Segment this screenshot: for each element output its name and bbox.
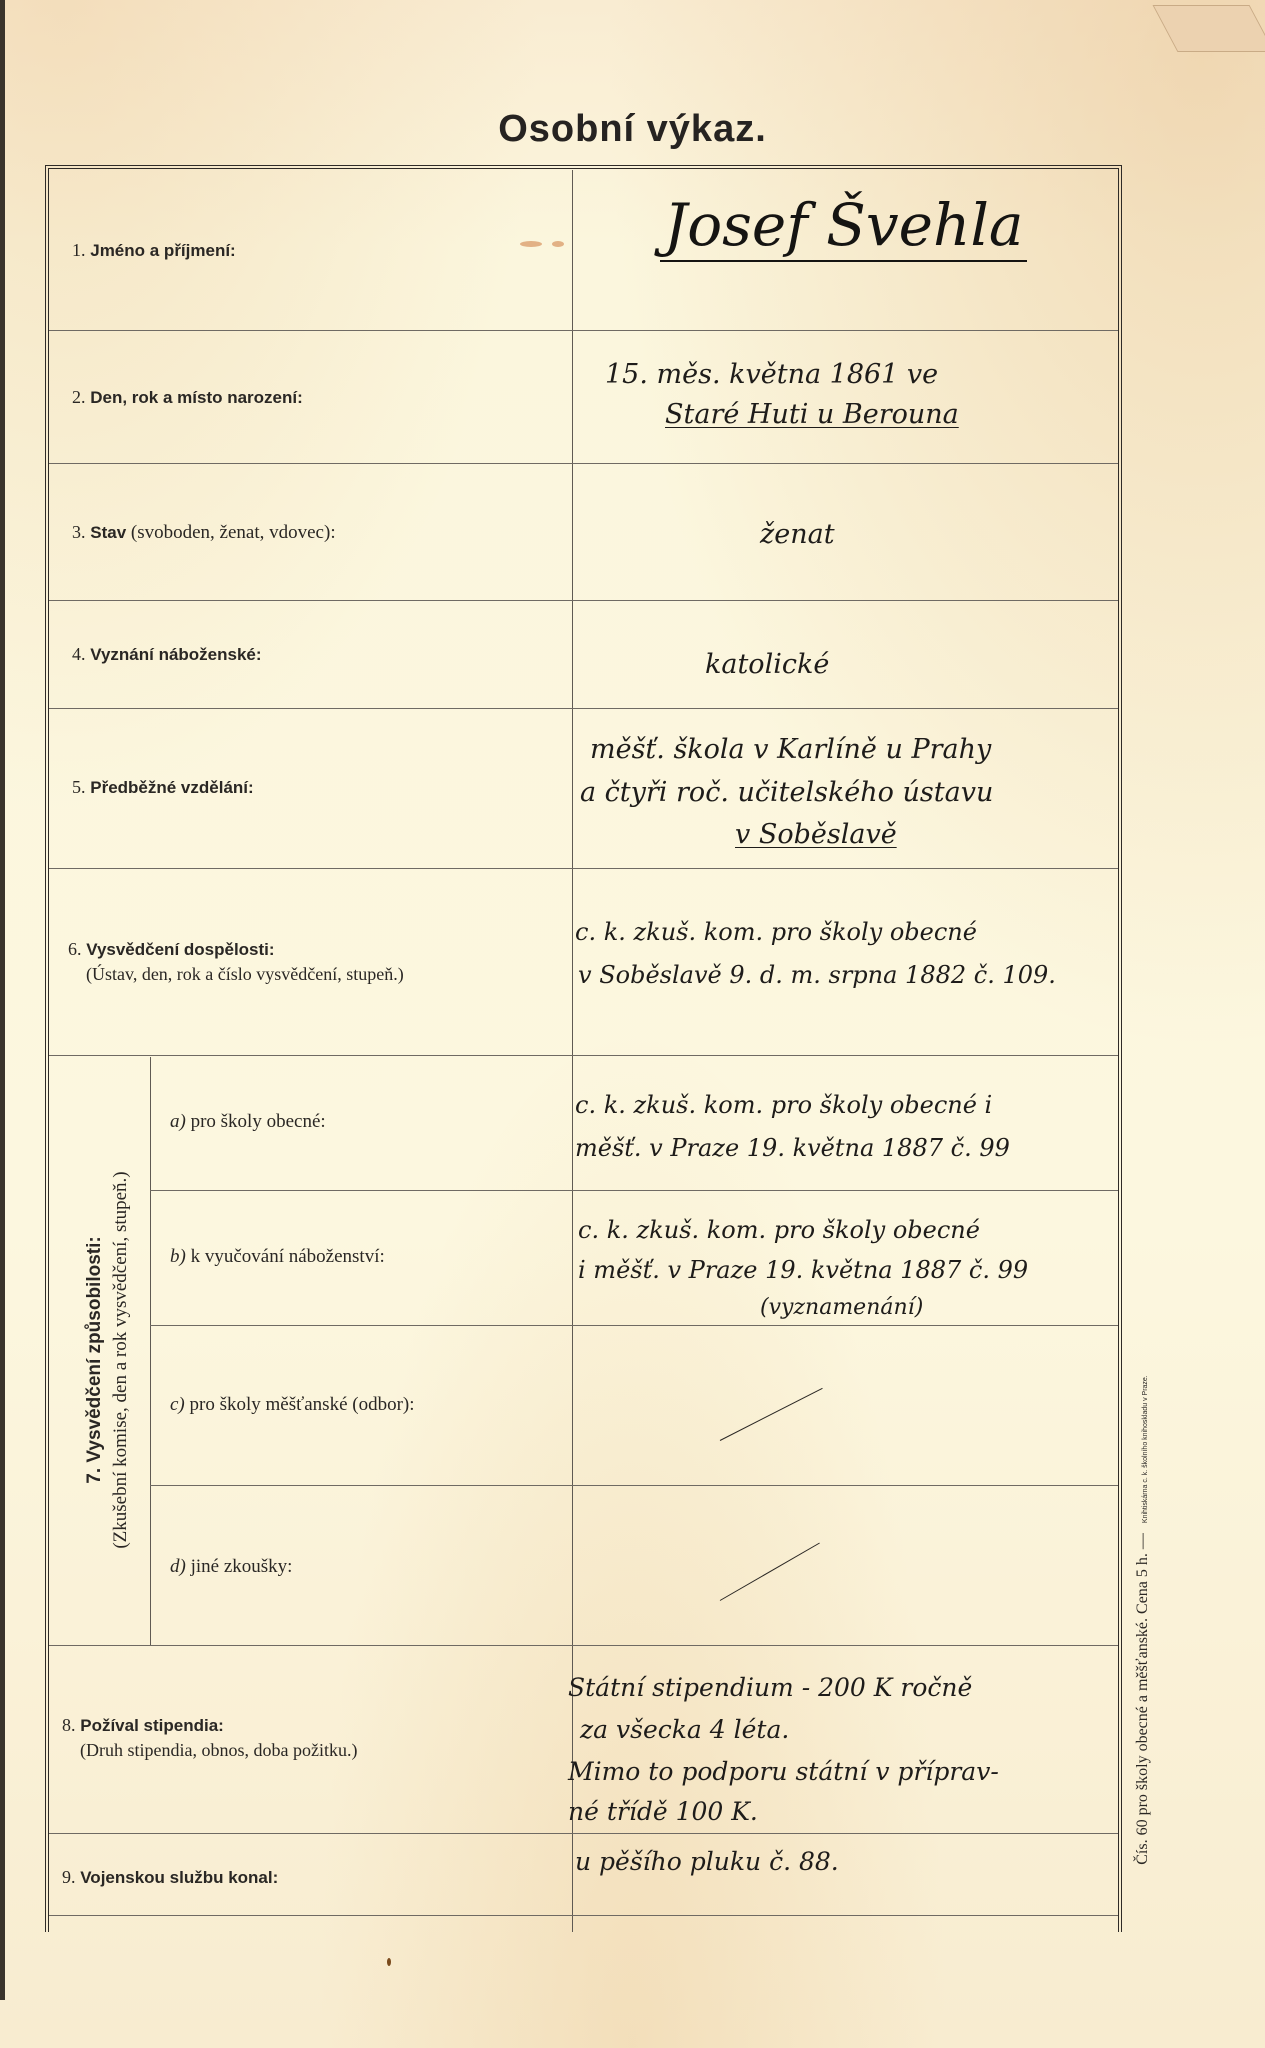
ink-spot xyxy=(387,1958,391,1966)
field-6-label: 6. Vysvědčení dospělosti: (Ústav, den, r… xyxy=(68,937,404,986)
document-title: Osobní výkaz. xyxy=(0,108,1265,151)
section-7a-label: a) pro školy obecné: xyxy=(170,1110,326,1134)
section-7b-label: b) k vyučování náboženství: xyxy=(170,1245,385,1269)
row-divider xyxy=(150,1190,1118,1191)
section-7b-value-line1: c. k. zkuš. kom. pro školy obecné xyxy=(578,1210,980,1250)
field-8-label: 8. Požíval stipendia: (Druh stipendia, o… xyxy=(62,1713,357,1762)
page-edge-shadow xyxy=(0,0,5,2000)
ink-stain xyxy=(520,241,542,247)
field-6-value-line1: c. k. zkuš. kom. pro školy obecné xyxy=(575,912,977,952)
row-divider xyxy=(150,1325,1118,1326)
section-7a-value-line1: c. k. zkuš. kom. pro školy obecné i xyxy=(575,1085,992,1125)
row-divider xyxy=(49,1645,1118,1646)
row-divider xyxy=(150,1485,1118,1486)
field-8-value-line2: za všecka 4 léta. xyxy=(580,1710,789,1750)
section-7b-value-line3: (vyznamenání) xyxy=(760,1288,923,1328)
section-7b-value-line2: i měšť. v Praze 19. května 1887 č. 99 xyxy=(578,1250,1028,1290)
field-9-value: u pěšího pluku č. 88. xyxy=(575,1842,839,1882)
section-7d-label: d) jiné zkoušky: xyxy=(170,1555,292,1579)
field-2-value-line2: Staré Huti u Berouna xyxy=(665,395,959,435)
field-4-label: 4. Vyznání náboženské: xyxy=(72,642,262,667)
field-3-value: ženat xyxy=(760,515,835,555)
row-divider xyxy=(49,1055,1118,1056)
field-2-label: 2. Den, rok a místo narození: xyxy=(72,385,303,410)
row-divider xyxy=(49,868,1118,869)
field-1-label: 1. Jméno a příjmení: xyxy=(72,238,236,263)
field-2-value-line1: 15. měs. května 1861 ve xyxy=(605,355,938,395)
field-3-label: 3. Stav (svoboden, ženat, vdovec): xyxy=(72,520,336,545)
field-8-value-line3: Mimo to podporu státní v příprav- xyxy=(568,1752,999,1792)
field-8-value-line1: Státní stipendium - 200 K ročně xyxy=(568,1668,972,1708)
form-frame xyxy=(45,165,1122,1932)
row-divider xyxy=(49,1833,1118,1834)
ink-stain xyxy=(552,241,564,247)
field-1-value: Josef Švehla xyxy=(660,190,1027,262)
field-8-value-line4: né třídě 100 K. xyxy=(568,1792,758,1832)
field-4-value: katolické xyxy=(705,645,829,685)
row-divider xyxy=(49,1915,1118,1916)
row-divider xyxy=(49,463,1118,464)
field-5-value-line3: v Soběslavě xyxy=(735,815,897,855)
field-5-value-line2: a čtyři roč. učitelského ústavu xyxy=(580,773,993,813)
field-5-value-line1: měšť. škola v Karlíně u Prahy xyxy=(590,730,991,770)
field-5-label: 5. Předběžné vzdělání: xyxy=(72,775,254,800)
field-6-value-line2: v Soběslavě 9. d. m. srpna 1882 č. 109. xyxy=(578,955,1056,995)
row-divider xyxy=(49,600,1118,601)
section-7a-value-line2: měšť. v Praze 19. května 1887 č. 99 xyxy=(575,1128,1010,1168)
field-9-label: 9. Vojenskou službu konal: xyxy=(62,1865,278,1890)
row-divider xyxy=(49,708,1118,709)
section-7-label: 7. Vysvědčení způsobilosti: (Zkušební ko… xyxy=(60,1065,155,1655)
printer-imprint: Čís. 60 pro školy obecné a měšťanské. Ce… xyxy=(1128,1300,1158,1940)
row-divider xyxy=(49,330,1118,331)
section-7c-label: c) pro školy měšťanské (odbor): xyxy=(170,1393,415,1417)
